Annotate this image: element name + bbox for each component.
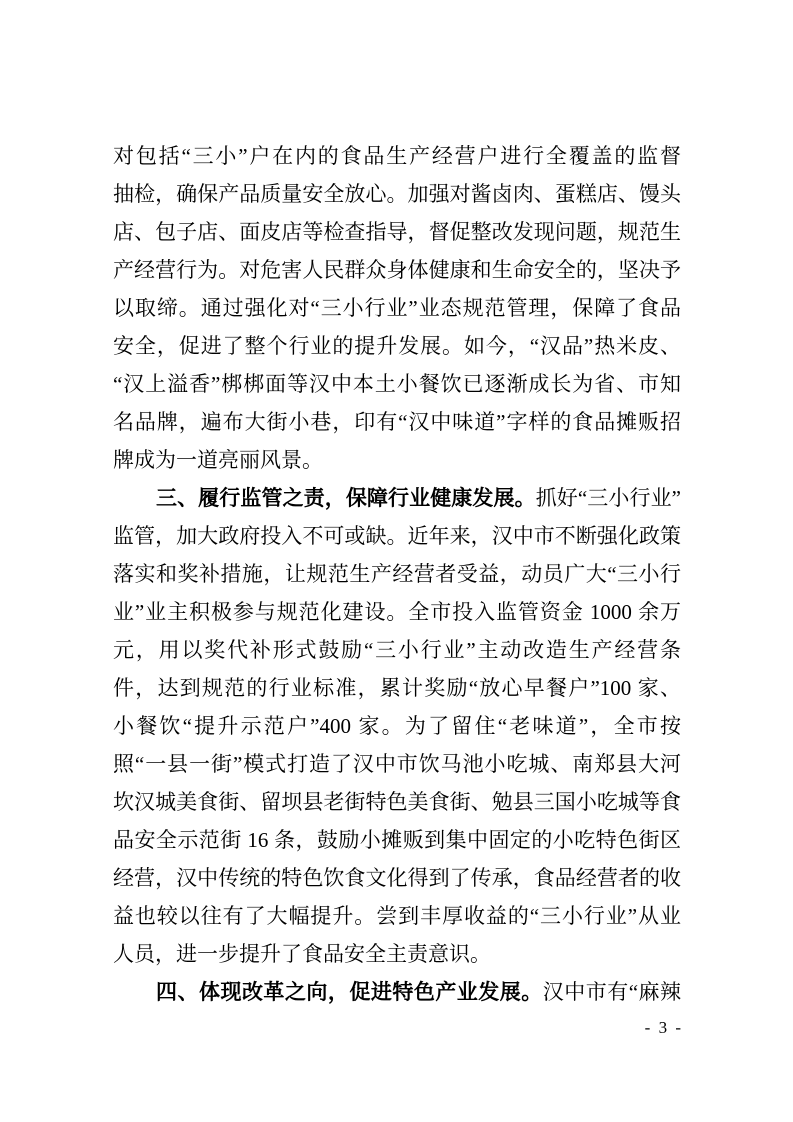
text-line: 经营，汉中传统的特色饮食文化得到了传承，食品经营者的收: [113, 859, 681, 897]
body-text: “汉上溢香”梆梆面等汉中本土小餐饮已逐渐成长为省、市知: [113, 372, 681, 396]
body-text: 人员，进一步提升了食品安全主责意识。: [113, 942, 491, 966]
text-line: “汉上溢香”梆梆面等汉中本土小餐饮已逐渐成长为省、市知: [113, 365, 681, 403]
body-text: 落实和奖补措施，让规范生产经营者受益，动员广大“三小行: [113, 562, 681, 586]
text-line: 件，达到规范的行业标准，累计奖励“放心早餐户”100 家、: [113, 669, 681, 707]
text-line: 元，用以奖代补形式鼓励“三小行业”主动改造生产经营条: [113, 631, 681, 669]
text-line: 坎汉城美食街、留坝县老街特色美食街、勉县三国小吃城等食: [113, 783, 681, 821]
body-text: 坎汉城美食街、留坝县老街特色美食街、勉县三国小吃城等食: [113, 790, 681, 814]
body-text: 抽检，确保产品质量安全放心。加强对酱卤肉、蛋糕店、馒头: [113, 182, 681, 206]
body-text: 产经营行为。对危害人民群众身体健康和生命安全的，坚决予: [113, 258, 681, 282]
text-line: 以取缔。通过强化对“三小行业”业态规范管理，保障了食品: [113, 289, 681, 327]
text-line: 益也较以往有了大幅提升。尝到丰厚收益的“三小行业”从业: [113, 897, 681, 935]
body-text: 名品牌，遍布大街小巷，印有“汉中味道”字样的食品摊贩招: [113, 410, 681, 434]
page-number: - 3 -: [113, 1016, 683, 1040]
body-text: 件，达到规范的行业标准，累计奖励“放心早餐户”100 家、: [113, 676, 681, 700]
body-text: 业”业主积极参与规范化建设。全市投入监管资金 1000 余万: [113, 600, 681, 624]
body-text: 安全，促进了整个行业的提升发展。如今，“汉品”热米皮、: [113, 334, 681, 358]
body-text: 照“一县一街”模式打造了汉中市饮马池小吃城、南郑县大河: [113, 752, 681, 776]
text-line: 业”业主积极参与规范化建设。全市投入监管资金 1000 余万: [113, 593, 681, 631]
body-text: 对包括“三小”户在内的食品生产经营户进行全覆盖的监督: [113, 144, 681, 168]
body-text: 牌成为一道亮丽风景。: [113, 448, 323, 472]
document-page: 对包括“三小”户在内的食品生产经营户进行全覆盖的监督抽检，确保产品质量安全放心。…: [0, 0, 793, 1122]
text-line: 品安全示范街 16 条，鼓励小摊贩到集中固定的小吃特色街区: [113, 821, 681, 859]
text-line: 安全，促进了整个行业的提升发展。如今，“汉品”热米皮、: [113, 327, 681, 365]
body-text: 抓好“三小行业”: [536, 486, 681, 510]
body-text: 店、包子店、面皮店等检查指导，督促整改发现问题，规范生: [113, 220, 681, 244]
text-line: 四、体现改革之向，促进特色产业发展。汉中市有“麻辣: [113, 973, 681, 1011]
text-line: 产经营行为。对危害人民群众身体健康和生命安全的，坚决予: [113, 251, 681, 289]
body-text: 汉中市有“麻辣: [543, 980, 681, 1004]
body-text: 经营，汉中传统的特色饮食文化得到了传承，食品经营者的收: [113, 866, 681, 890]
text-line: 照“一县一街”模式打造了汉中市饮马池小吃城、南郑县大河: [113, 745, 681, 783]
text-line: 监管，加大政府投入不可或缺。近年来，汉中市不断强化政策: [113, 517, 681, 555]
body-text: 以取缔。通过强化对“三小行业”业态规范管理，保障了食品: [113, 296, 681, 320]
text-line: 店、包子店、面皮店等检查指导，督促整改发现问题，规范生: [113, 213, 681, 251]
text-line: 对包括“三小”户在内的食品生产经营户进行全覆盖的监督: [113, 137, 681, 175]
body-text: 益也较以往有了大幅提升。尝到丰厚收益的“三小行业”从业: [113, 904, 681, 928]
body-text: 品安全示范街 16 条，鼓励小摊贩到集中固定的小吃特色街区: [113, 828, 681, 852]
text-line: 落实和奖补措施，让规范生产经营者受益，动员广大“三小行: [113, 555, 681, 593]
text-line: 人员，进一步提升了食品安全主责意识。: [113, 935, 681, 973]
section-heading: 三、履行监管之责，保障行业健康发展。: [156, 487, 536, 510]
text-line: 小餐饮“提升示范户”400 家。为了留住“老味道”，全市按: [113, 707, 681, 745]
text-line: 名品牌，遍布大街小巷，印有“汉中味道”字样的食品摊贩招: [113, 403, 681, 441]
text-line: 抽检，确保产品质量安全放心。加强对酱卤肉、蛋糕店、馒头: [113, 175, 681, 213]
body-text: 小餐饮“提升示范户”400 家。为了留住“老味道”，全市按: [113, 714, 681, 738]
section-heading: 四、体现改革之向，促进特色产业发展。: [156, 981, 543, 1004]
document-body: 对包括“三小”户在内的食品生产经营户进行全覆盖的监督抽检，确保产品质量安全放心。…: [113, 137, 681, 1011]
body-text: 监管，加大政府投入不可或缺。近年来，汉中市不断强化政策: [113, 524, 681, 548]
text-line: 牌成为一道亮丽风景。: [113, 441, 681, 479]
body-text: 元，用以奖代补形式鼓励“三小行业”主动改造生产经营条: [113, 638, 681, 662]
text-line: 三、履行监管之责，保障行业健康发展。抓好“三小行业”: [113, 479, 681, 517]
